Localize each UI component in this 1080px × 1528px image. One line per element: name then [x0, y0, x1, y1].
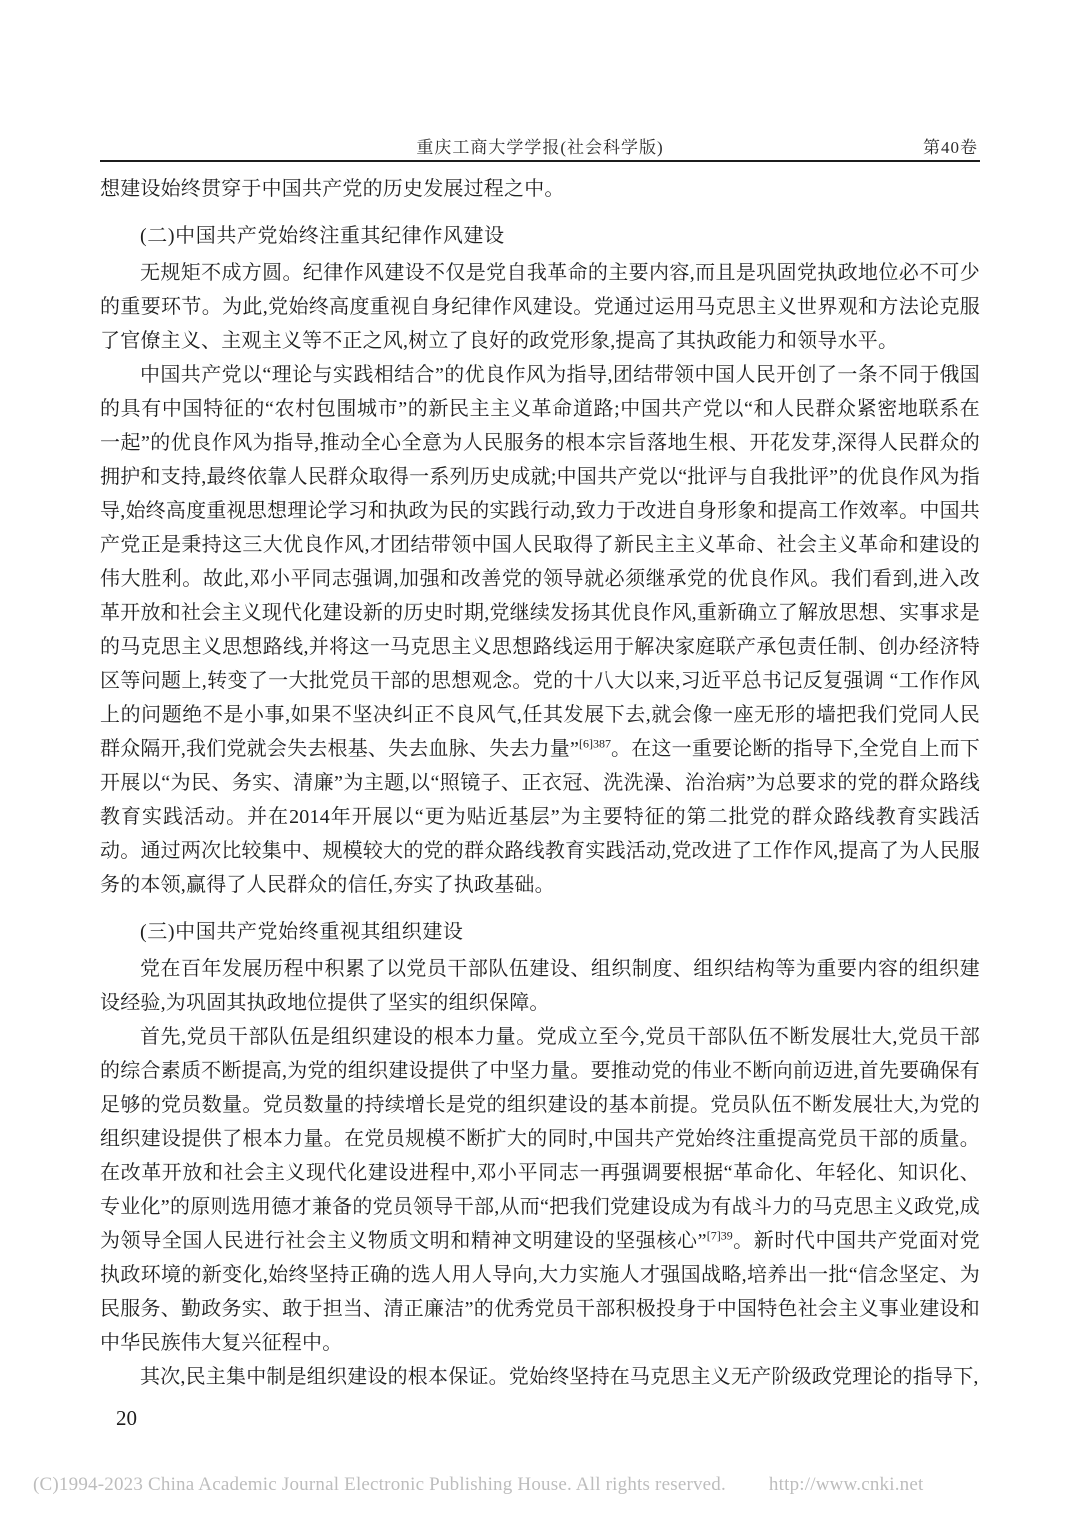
text-run: 。在这一重要论断的指导下,全党自上而下开展以“为民、务实、清廉”为主题,以“照镜… [100, 738, 980, 896]
body-paragraph: 想建设始终贯穿于中国共产党的历史发展过程之中。 [100, 172, 980, 206]
text-run: 其次,民主集中制是组织建设的根本保证。党始终坚持在马克思主义无产阶级政党理论的指… [140, 1366, 979, 1388]
body-paragraph: 无规矩不成方圆。纪律作风建设不仅是党自我革命的主要内容,而且是巩固党执政地位必不… [100, 256, 980, 358]
text-run: (三)中国共产党始终重视其组织建设 [140, 921, 464, 943]
journal-page: 重庆工商大学学报(社会科学版) 第40卷 想建设始终贯穿于中国共产党的历史发展过… [0, 0, 1080, 1528]
body-paragraph: 党在百年发展历程中积累了以党员干部队伍建设、组织制度、组织结构等为重要内容的组织… [100, 952, 980, 1020]
citation-superscript: [7]39 [707, 1228, 733, 1242]
section-heading: (二)中国共产党始终注重其纪律作风建设 [100, 219, 980, 253]
journal-title: 重庆工商大学学报(社会科学版) [100, 133, 980, 158]
header-rule [100, 160, 980, 162]
body-paragraph: 首先,党员干部队伍是组织建设的根本力量。党成立至今,党员干部队伍不断发展壮大,党… [100, 1020, 980, 1360]
text-run: 中国共产党以“理论与实践相结合”的优良作风为指导,团结带领中国人民开创了一条不同… [100, 364, 980, 760]
cnki-url[interactable]: http://www.cnki.net [769, 1474, 924, 1495]
text-run: 想建设始终贯穿于中国共产党的历史发展过程之中。 [100, 178, 565, 200]
text-run: (二)中国共产党始终注重其纪律作风建设 [140, 225, 505, 247]
citation-superscript: [6]387 [579, 736, 611, 750]
running-header: 重庆工商大学学报(社会科学版) 第40卷 [100, 133, 980, 159]
body-paragraph: 中国共产党以“理论与实践相结合”的优良作风为指导,团结带领中国人民开创了一条不同… [100, 358, 980, 902]
article-body: 想建设始终贯穿于中国共产党的历史发展过程之中。(二)中国共产党始终注重其纪律作风… [100, 172, 980, 1394]
page-number: 20 [116, 1406, 137, 1431]
text-run: 无规矩不成方圆。纪律作风建设不仅是党自我革命的主要内容,而且是巩固党执政地位必不… [100, 262, 980, 352]
copyright-text: (C)1994-2023 China Academic Journal Elec… [33, 1474, 726, 1495]
body-paragraph: 其次,民主集中制是组织建设的根本保证。党始终坚持在马克思主义无产阶级政党理论的指… [100, 1360, 980, 1394]
text-run: 首先,党员干部队伍是组织建设的根本力量。党成立至今,党员干部队伍不断发展壮大,党… [100, 1026, 980, 1252]
section-heading: (三)中国共产党始终重视其组织建设 [100, 915, 980, 949]
text-run: 党在百年发展历程中积累了以党员干部队伍建设、组织制度、组织结构等为重要内容的组织… [100, 958, 980, 1014]
volume-label: 第40卷 [923, 133, 978, 158]
cnki-footer: (C)1994-2023 China Academic Journal Elec… [33, 1474, 923, 1496]
